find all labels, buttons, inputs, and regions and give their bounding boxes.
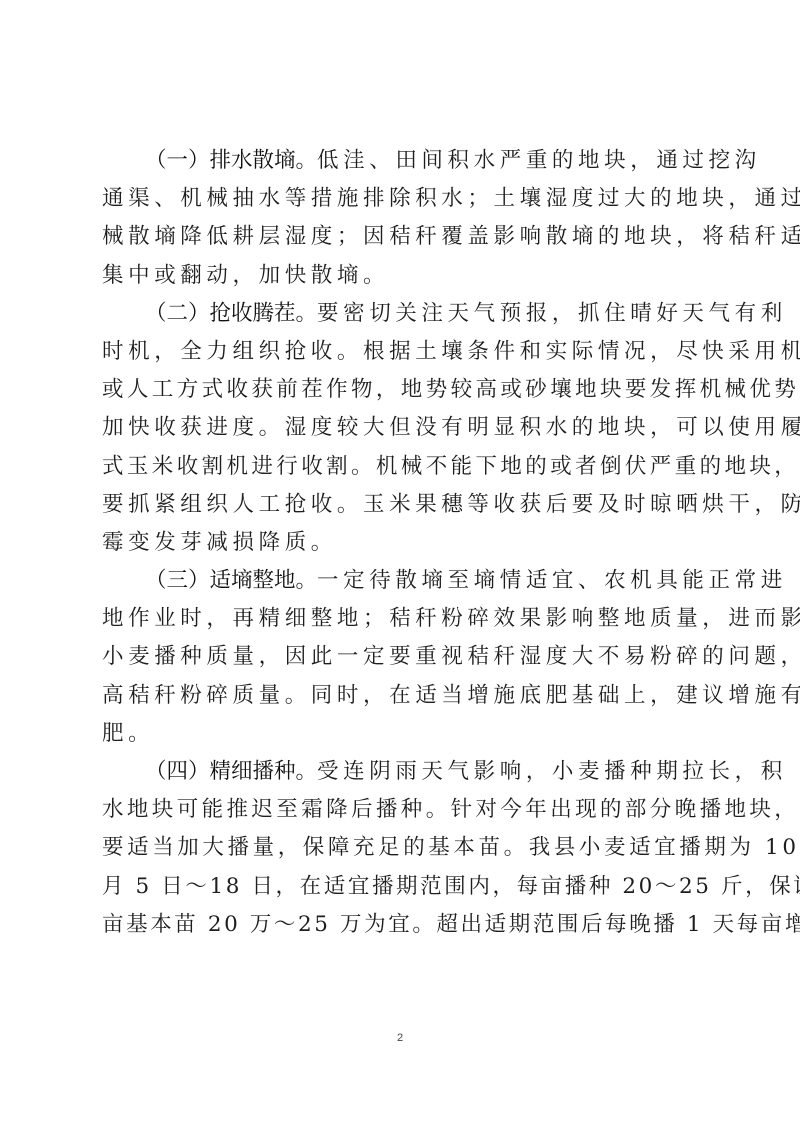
paragraph-2-line-7: 霉变发芽减损降质。 — [102, 524, 702, 562]
paragraph-1-line-3: 械散墒降低耕层湿度；因秸秆覆盖影响散墒的地块，将秸秆适当 — [102, 218, 702, 256]
paragraph-3-line-4: 高秸秆粉碎质量。同时，在适当增施底肥基础上，建议增施有机 — [102, 677, 702, 715]
paragraph-3-line-3: 小麦播种质量，因此一定要重视秸秆湿度大不易粉碎的问题，提 — [102, 638, 702, 676]
paragraph-1-heading: （一）排水散墒。 — [145, 148, 317, 173]
paragraph-3-heading: （三）适墒整地。 — [145, 568, 317, 593]
paragraph-4-text: 受连阴雨天气影响，小麦播种期拉长，积 — [317, 759, 787, 784]
paragraph-3-line-1: （三）适墒整地。一定待散墒至墒情适宜、农机具能正常进 — [102, 562, 702, 600]
paragraph-3-line-2: 地作业时，再精细整地；秸秆粉碎效果影响整地质量，进而影响 — [102, 600, 702, 638]
paragraph-1-line-1: （一）排水散墒。低洼、田间积水严重的地块，通过挖沟 — [102, 142, 702, 180]
paragraph-2-line-6: 要抓紧组织人工抢收。玉米果穗等收获后要及时晾晒烘干，防止 — [102, 486, 702, 524]
paragraph-3-text: 一定待散墒至墒情适宜、农机具能正常进 — [317, 568, 787, 593]
paragraph-1-line-2: 通渠、机械抽水等措施排除积水；土壤湿度过大的地块，通过机 — [102, 180, 702, 218]
paragraph-4-line-5: 亩基本苗 20 万～25 万为宜。超出适期范围后每晚播 1 天每亩增 — [102, 906, 702, 944]
page-number: 2 — [0, 1032, 800, 1044]
paragraph-2-text: 要密切关注天气预报，抓住晴好天气有利 — [317, 301, 787, 326]
paragraph-4-line-4: 月 5 日～18 日，在适宜播期范围内，每亩播种 20～25 斤，保证 — [102, 868, 702, 906]
paragraph-1-text: 低洼、田间积水严重的地块，通过挖沟 — [317, 148, 761, 173]
paragraph-2-line-5: 式玉米收割机进行收割。机械不能下地的或者倒伏严重的地块， — [102, 448, 702, 486]
paragraph-4-heading: （四）精细播种。 — [145, 759, 317, 784]
paragraph-2-line-3: 或人工方式收获前茬作物，地势较高或砂壤地块要发挥机械优势， — [102, 371, 702, 409]
paragraph-3-line-5: 肥。 — [102, 715, 702, 753]
document-page: （一）排水散墒。低洼、田间积水严重的地块，通过挖沟 通渠、机械抽水等措施排除积水… — [0, 0, 800, 1131]
paragraph-4-line-3: 要适当加大播量，保障充足的基本苗。我县小麦适宜播期为 10 — [102, 829, 702, 867]
paragraph-2-line-4: 加快收获进度。湿度较大但没有明显积水的地块，可以使用履带 — [102, 409, 702, 447]
paragraph-2-line-2: 时机，全力组织抢收。根据土壤条件和实际情况，尽快采用机械 — [102, 333, 702, 371]
paragraph-2-heading: （二）抢收腾茬。 — [145, 301, 317, 326]
paragraph-1-line-4: 集中或翻动，加快散墒。 — [102, 257, 702, 295]
paragraph-2-line-1: （二）抢收腾茬。要密切关注天气预报，抓住晴好天气有利 — [102, 295, 702, 333]
paragraph-4-line-2: 水地块可能推迟至霜降后播种。针对今年出现的部分晚播地块， — [102, 791, 702, 829]
document-body: （一）排水散墒。低洼、田间积水严重的地块，通过挖沟 通渠、机械抽水等措施排除积水… — [102, 142, 702, 944]
paragraph-4-line-1: （四）精细播种。受连阴雨天气影响，小麦播种期拉长，积 — [102, 753, 702, 791]
